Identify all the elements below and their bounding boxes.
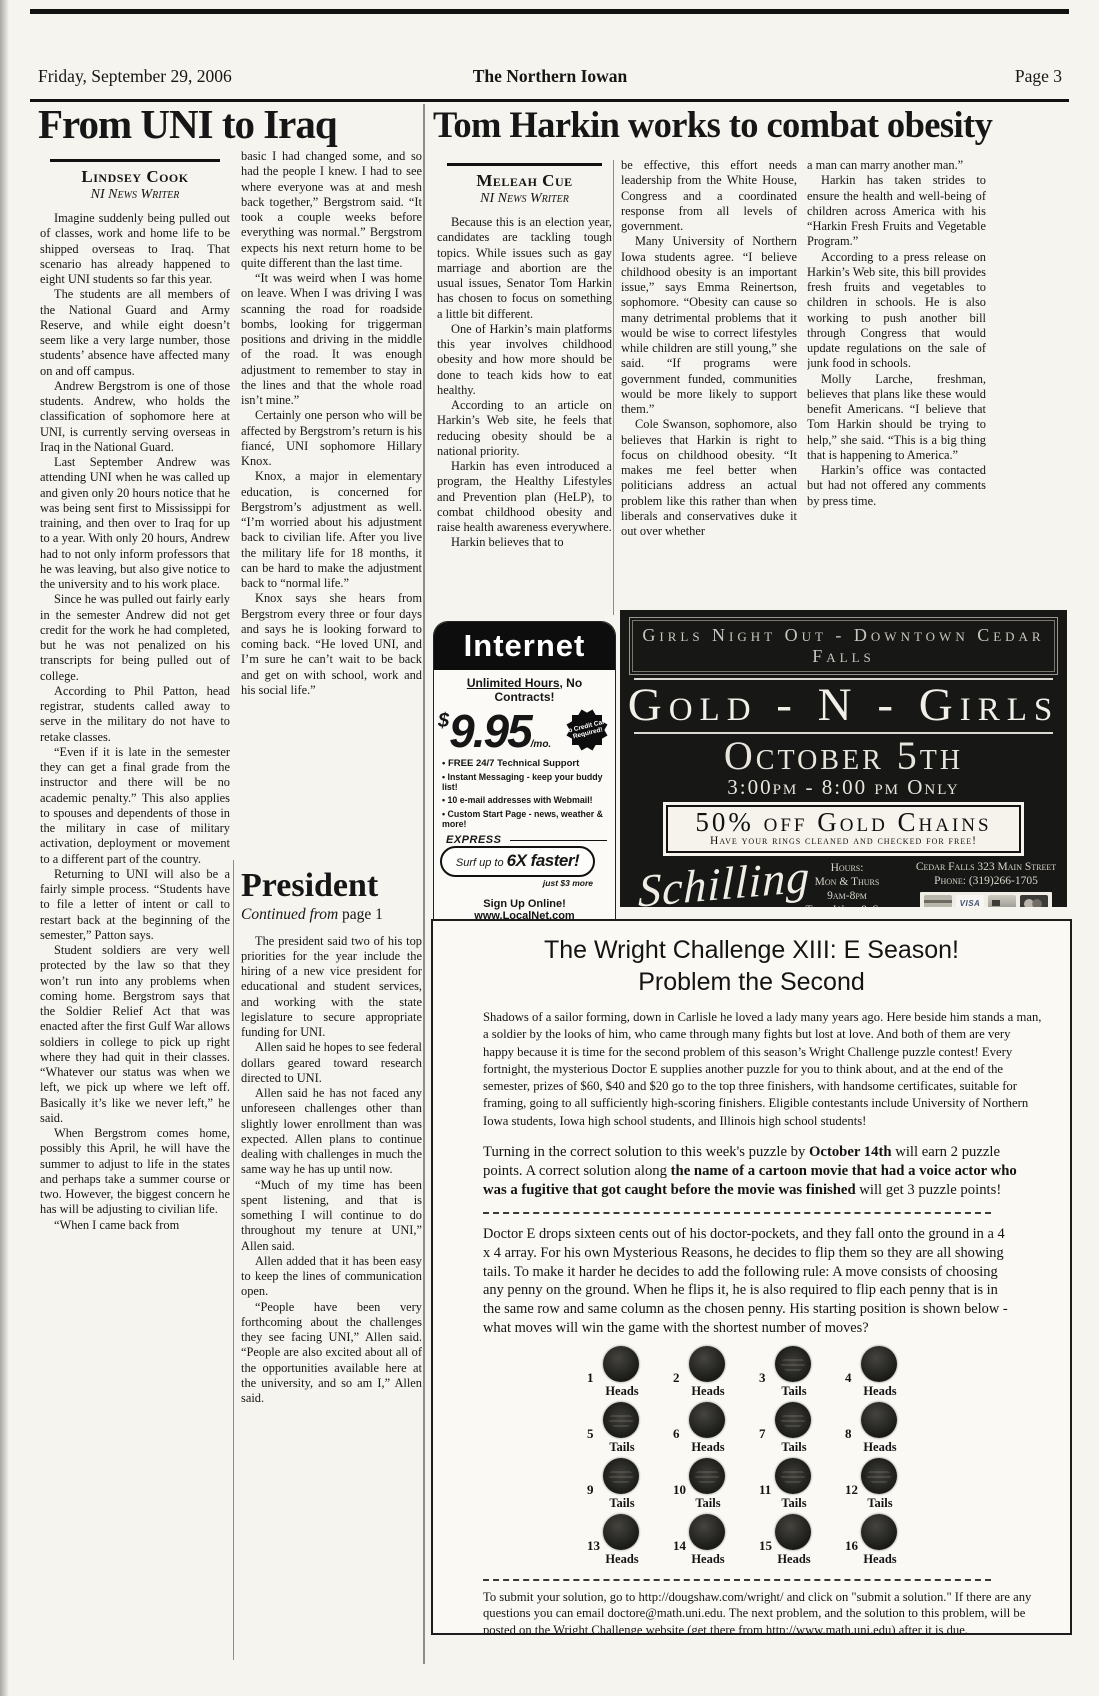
paragraph: “People have been very forthcoming about… [241, 1300, 422, 1407]
penny-side-label: Heads [751, 1552, 837, 1567]
feature-bullet-list: FREE 24/7 Technical SupportInstant Messa… [442, 758, 613, 830]
express-logo: EXPRESS [446, 834, 501, 846]
byline-block: Lindsey Cook NI News Writer [40, 159, 230, 203]
currency-symbol: $ [438, 710, 449, 732]
paragraph: Andrew Bergstrom is one of those student… [40, 379, 230, 455]
price-value: 9.95 [449, 705, 531, 757]
points-text: Turning in the correct solution to this … [483, 1144, 809, 1160]
penny-side-label: Heads [837, 1384, 923, 1399]
express-upgrade-block: EXPRESS Surf up to 6X faster! just $3 mo… [438, 834, 611, 890]
speed-pill: Surf up to 6X faster! [440, 846, 595, 877]
paragraph: Allen said he has not faced any unforese… [241, 1086, 422, 1178]
paragraph: Returning to UNI will also be a fairly s… [40, 867, 230, 943]
paragraph: basic I had changed some, and so had the… [241, 149, 422, 271]
store-contact: Cedar Falls 323 Main Street Phone: (319)… [906, 861, 1066, 907]
penny-side-label: Tails [579, 1440, 665, 1455]
penny: 8 Heads [837, 1402, 923, 1455]
paragraph: The students are all members of the Nati… [40, 287, 230, 379]
penny-coin-icon [861, 1402, 897, 1438]
penny-side-label: Heads [579, 1552, 665, 1567]
penny: 1 Heads [579, 1346, 665, 1399]
paragraph: Student soldiers are very well protected… [40, 943, 230, 1126]
penny-side-label: Tails [665, 1496, 751, 1511]
paragraph: Harkin has even introduced a program, th… [437, 459, 612, 535]
unlimited-hours-text: Unlimited Hours [467, 676, 560, 690]
dashed-separator [483, 1579, 991, 1581]
masthead-page-number: Page 3 [742, 66, 1062, 87]
penny: 12 Tails [837, 1458, 923, 1511]
penny-side-label: Heads [665, 1552, 751, 1567]
event-date: October 5th [620, 736, 1067, 776]
paragraph: Because this is an election year, candid… [437, 215, 612, 322]
penny: 15 Heads [751, 1514, 837, 1567]
paragraph: According to an article on Harkin’s Web … [437, 398, 612, 459]
paragraph: “Much of my time has been spent listenin… [241, 1178, 422, 1254]
penny: 11 Tails [751, 1458, 837, 1511]
penny-coin-icon [689, 1514, 725, 1550]
dashed-separator [483, 1212, 991, 1214]
top-rule [30, 9, 1069, 14]
paragraph: FREE 24/7 Technical Support [442, 758, 613, 769]
paragraph: Knox, a major in elementary education, i… [241, 469, 422, 591]
masthead-date: Friday, September 29, 2006 [38, 66, 358, 87]
schilling-logo: Schilling Jewelers [630, 861, 788, 907]
penny-side-label: Heads [665, 1440, 751, 1455]
challenge-intro-paragraph: Shadows of a sailor forming, down in Car… [483, 1009, 1044, 1130]
paragraph: When Bergstrom comes home, possibly this… [40, 1126, 230, 1218]
penny-side-label: Tails [751, 1384, 837, 1399]
paragraph: “When I came back from [40, 1218, 230, 1233]
penny-coin-icon [689, 1346, 725, 1382]
paragraph: The president said two of his top priori… [241, 934, 422, 1041]
masthead-title: The Northern Iowan [358, 66, 742, 87]
byline-role: NI News Writer [437, 191, 612, 207]
challenge-title-line1: The Wright Challenge XIII: E Season! [433, 935, 1070, 965]
penny-side-label: Heads [579, 1384, 665, 1399]
event-time: 3:00pm - 8:00 pm Only [620, 777, 1067, 798]
wright-challenge-box: The Wright Challenge XIII: E Season! Pro… [431, 919, 1072, 1635]
visa-card-icon: VISA [956, 895, 984, 907]
penny: 7 Tails [751, 1402, 837, 1455]
credit-card-icon [924, 895, 952, 907]
internet-ad-title: Internet [434, 622, 615, 670]
penny-grid: 1 Heads 2 Heads 3 Tails 4 Heads 5 Tails … [579, 1346, 1070, 1567]
internet-ad-subtitle: Unlimited Hours, No Contracts! [436, 676, 613, 704]
harkin-article-column-1: Meleah Cue NI News Writer Because this i… [437, 160, 612, 615]
challenge-points-paragraph: Turning in the correct solution to this … [483, 1143, 1030, 1200]
penny-coin-icon [689, 1458, 725, 1494]
speed-text: 6X faster! [507, 851, 579, 870]
penny-coin-icon [603, 1514, 639, 1550]
penny: 2 Heads [665, 1346, 751, 1399]
girls-night-out-banner: Girls Night Out - Downtown Cedar Falls [629, 617, 1058, 675]
paragraph: According to a press release on Harkin’s… [807, 250, 986, 372]
penny: 4 Heads [837, 1346, 923, 1399]
penny-coin-icon [775, 1458, 811, 1494]
store-address: Cedar Falls 323 Main Street [906, 861, 1066, 875]
harkin-article-column-2: be effective, this effort needs leadersh… [621, 158, 797, 618]
paragraph: Certainly one person who will be affecte… [241, 408, 422, 469]
credit-card-icon [988, 895, 1016, 907]
paragraph: According to Phil Patton, head registrar… [40, 684, 230, 745]
store-info-row: Schilling Jewelers Hours: Mon & Thurs9am… [630, 861, 1057, 907]
byline-author: Lindsey Cook [40, 167, 230, 187]
penny-coin-icon [689, 1402, 725, 1438]
offer-subtext: Have your rings cleaned and checked for … [668, 836, 1019, 848]
article-text: The president said two of his top priori… [241, 934, 422, 1407]
column-divider [233, 860, 234, 1660]
paragraph: Imagine suddenly being pulled out of cla… [40, 211, 230, 287]
paragraph: Cole Swanson, sophomore, also believes t… [621, 417, 797, 539]
paragraph: Molly Larche, freshman, believes that pl… [807, 372, 986, 464]
penny-side-label: Heads [837, 1440, 923, 1455]
penny-side-label: Tails [751, 1440, 837, 1455]
penny-coin-icon [603, 1402, 639, 1438]
penny: 13 Heads [579, 1514, 665, 1567]
paragraph: be effective, this effort needs leadersh… [621, 158, 797, 234]
penny-coin-icon [775, 1514, 811, 1550]
byline-block: Meleah Cue NI News Writer [437, 163, 612, 207]
penny: 14 Heads [665, 1514, 751, 1567]
penny: 10 Tails [665, 1458, 751, 1511]
continued-note: Continued from page 1 [241, 906, 422, 924]
offer-headline: 50% off Gold Chains [668, 808, 1019, 836]
newspaper-page: Friday, September 29, 2006 The Northern … [0, 0, 1099, 1696]
paragraph: Allen said he hopes to see federal dolla… [241, 1040, 422, 1086]
article-text: Imagine suddenly being pulled out of cla… [40, 211, 230, 1233]
paragraph: Tues, Wed, & Sat [788, 903, 906, 907]
penny-coin-icon [603, 1346, 639, 1382]
penny-coin-icon [775, 1402, 811, 1438]
schilling-brand-text: Schilling [638, 849, 811, 907]
paragraph: a man can marry another man.” [807, 158, 986, 173]
penny: 5 Tails [579, 1402, 665, 1455]
paragraph: Harkin has taken strides to ensure the h… [807, 173, 986, 249]
president-section: President Continued from page 1 The pres… [241, 866, 422, 1660]
masthead: Friday, September 29, 2006 The Northern … [38, 66, 1062, 87]
president-headline: President [241, 868, 422, 904]
express-rule [510, 840, 607, 842]
article-text: be effective, this effort needs leadersh… [621, 158, 797, 539]
starburst-badge: No Credit Card Required! [563, 706, 611, 754]
byline-rule [50, 159, 220, 162]
submission-instructions-paragraph: To submit your solution, go to http://do… [483, 1589, 1036, 1636]
points-text: will get 3 puzzle points! [856, 1182, 1002, 1198]
surf-up-to-text: Surf up to [456, 857, 507, 869]
penny: 9 Tails [579, 1458, 665, 1511]
gold-n-girls-ad: Girls Night Out - Downtown Cedar Falls G… [620, 610, 1067, 907]
challenge-title-line2: Problem the Second [433, 967, 1070, 997]
penny-coin-icon [861, 1458, 897, 1494]
penny-side-label: Heads [837, 1552, 923, 1567]
offer-box: 50% off Gold Chains Have your rings clea… [666, 805, 1021, 853]
article-text: Because this is an election year, candid… [437, 215, 612, 551]
price-per: /mo. [531, 739, 552, 750]
penny: 3 Tails [751, 1346, 837, 1399]
harkin-article-column-3: a man can marry another man.”Harkin has … [807, 158, 986, 613]
penny-side-label: Tails [837, 1496, 923, 1511]
paragraph: “It was weird when I was home on leave. … [241, 271, 422, 408]
paragraph: Last September Andrew was attending UNI … [40, 455, 230, 592]
iraq-article-headline: From UNI to Iraq [38, 104, 424, 145]
starburst-text: No Credit Card Required! [558, 701, 616, 759]
store-phone: Phone: (319)266-1705 [906, 875, 1066, 889]
paragraph: Instant Messaging - keep your buddy list… [442, 772, 613, 793]
harkin-article-headline: Tom Harkin works to combat obesity [433, 107, 1073, 144]
paragraph: 10 e-mail addresses with Webmail! [442, 795, 613, 806]
byline-role: NI News Writer [40, 187, 230, 203]
penny-coin-icon [775, 1346, 811, 1382]
byline-rule [447, 163, 602, 166]
penny-coin-icon [603, 1458, 639, 1494]
paragraph: Harkin believes that to [437, 535, 612, 550]
penny-side-label: Tails [579, 1496, 665, 1511]
mastercard-icon [1020, 895, 1048, 907]
puzzle-statement-paragraph: Doctor E drops sixteen cents out of his … [483, 1225, 1008, 1337]
paragraph: Since he was pulled out fairly early in … [40, 592, 230, 684]
paragraph: Harkin’s office was contacted but had no… [807, 463, 986, 509]
continued-page-ref: page 1 [338, 906, 383, 923]
byline-author: Meleah Cue [437, 171, 612, 191]
penny: 6 Heads [665, 1402, 751, 1455]
column-divider [423, 104, 425, 1664]
paragraph: Allen added that it has been easy to kee… [241, 1254, 422, 1300]
article-text: a man can marry another man.”Harkin has … [807, 158, 986, 509]
paragraph: Many University of Northern Iowa student… [621, 234, 797, 417]
deadline-date: October 14th [809, 1144, 892, 1160]
iraq-article-column-2: basic I had changed some, and so had the… [241, 149, 422, 861]
penny-side-label: Tails [751, 1496, 837, 1511]
column-divider [613, 160, 614, 615]
store-name: Gold - N - Girls [620, 682, 1067, 730]
penny-coin-icon [861, 1514, 897, 1550]
paragraph: One of Harkin’s main platforms this year… [437, 322, 612, 398]
penny-side-label: Heads [665, 1384, 751, 1399]
girls-night-out-text: Girls Night Out - Downtown Cedar Falls [632, 620, 1055, 672]
price-block: $9.95/mo. No Credit Card Required! [438, 704, 615, 758]
article-text: basic I had changed some, and so had the… [241, 149, 422, 698]
continued-from-text: Continued from [241, 906, 338, 923]
paragraph: Custom Start Page - news, weather & more… [442, 809, 613, 830]
credit-card-strip: VISA [920, 892, 1052, 907]
paragraph: Knox says she hears from Bergstrom every… [241, 591, 422, 698]
penny-coin-icon [861, 1346, 897, 1382]
paragraph: “Even if it is late in the semester they… [40, 745, 230, 867]
just-3-more-text: just $3 more [543, 878, 593, 888]
penny: 16 Heads [837, 1514, 923, 1567]
iraq-article-column-1: Lindsey Cook NI News Writer Imagine sudd… [40, 156, 230, 1664]
